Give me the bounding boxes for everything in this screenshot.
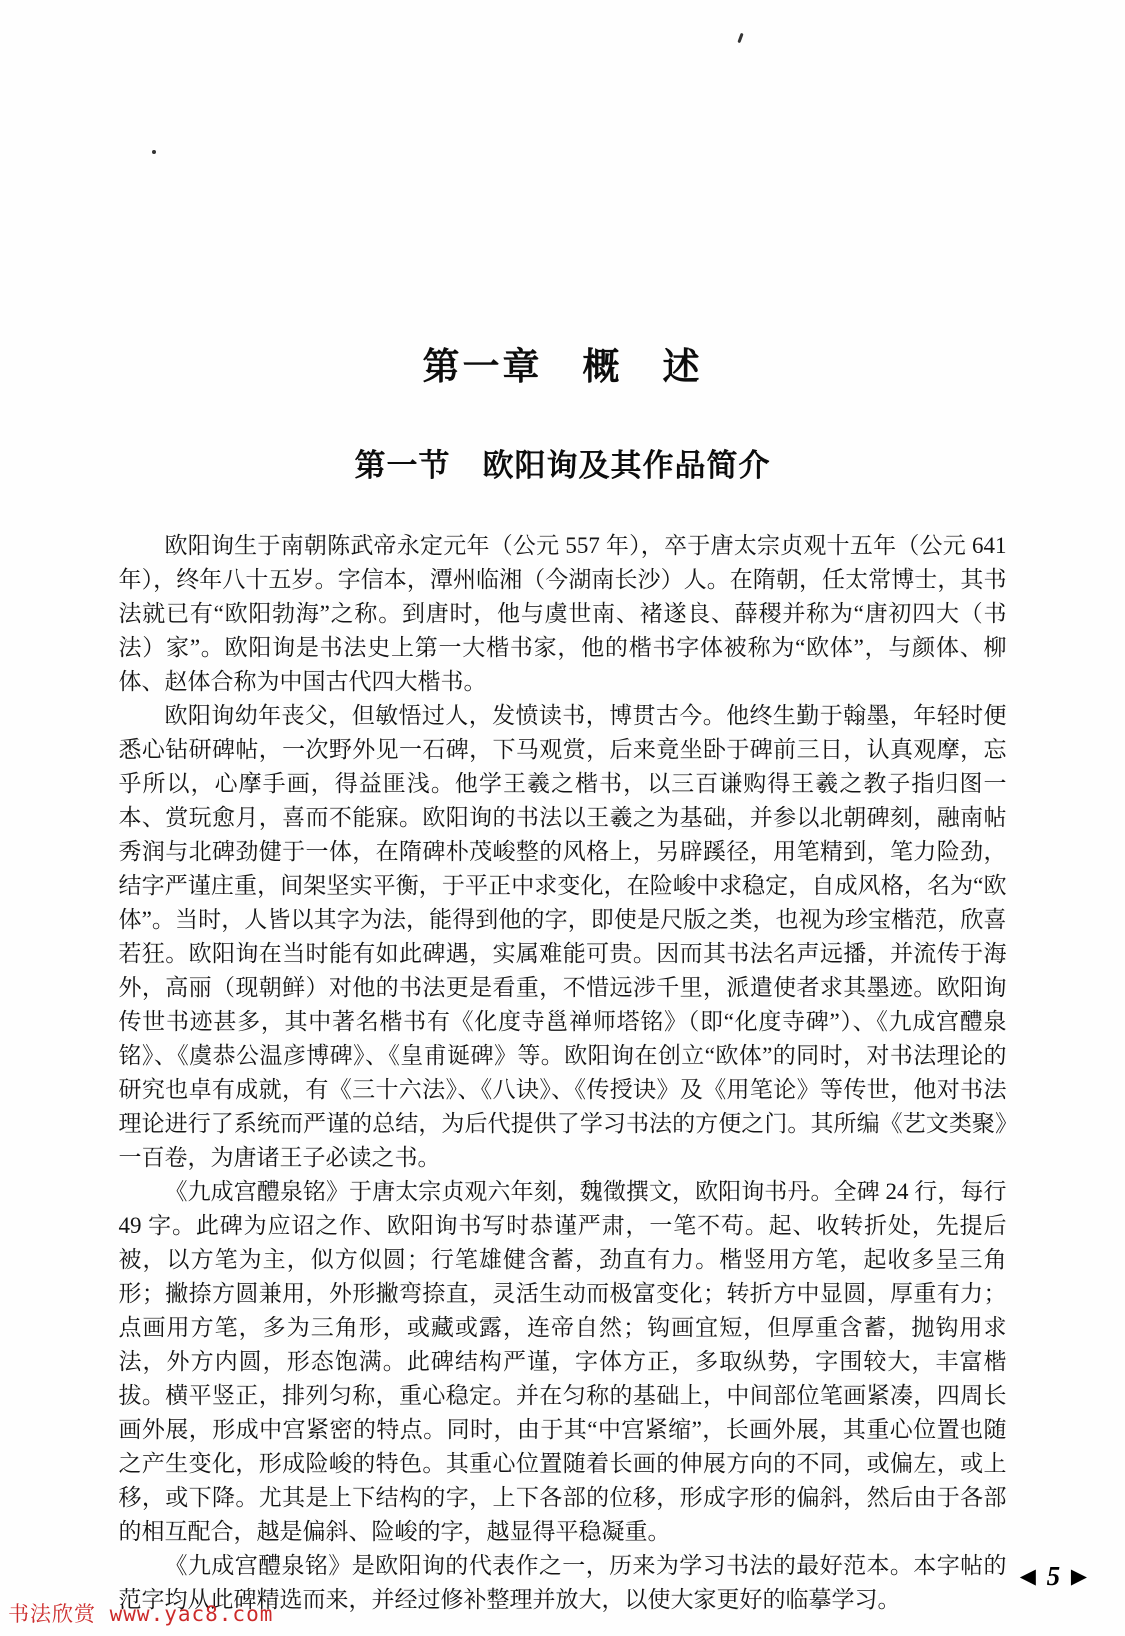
next-arrow-icon: ▶ (1071, 1564, 1089, 1588)
chapter-title: 第一章 概 述 (0, 0, 1125, 390)
prev-arrow-icon: ◀ (1020, 1564, 1038, 1588)
paragraph-biography: 欧阳询幼年丧父，但敏悟过人，发愤读书，博贯古今。他终生勤于翰墨，年轻时便悉心钻研… (119, 699, 1007, 1175)
scan-artifact (152, 150, 156, 154)
page-number: ◀ 5 ▶ (1020, 1561, 1089, 1592)
watermark: 书法欣赏 www.yac8.com (8, 1598, 273, 1628)
paragraph-stele-analysis: 《九成宫醴泉铭》于唐太宗贞观六年刻，魏徵撰文，欧阳询书丹。全碑 24 行，每行 … (119, 1175, 1007, 1549)
paragraph-intro: 欧阳询生于南朝陈武帝永定元年（公元 557 年），卒于唐太宗贞观十五年（公元 6… (119, 529, 1007, 699)
book-page: 第一章 概 述 第一节 欧阳询及其作品简介 欧阳询生于南朝陈武帝永定元年（公元 … (0, 0, 1125, 1636)
section-title: 第一节 欧阳询及其作品简介 (0, 440, 1125, 485)
body-text: 欧阳询生于南朝陈武帝永定元年（公元 557 年），卒于唐太宗贞观十五年（公元 6… (119, 529, 1007, 1617)
page-number-value: 5 (1047, 1561, 1063, 1591)
